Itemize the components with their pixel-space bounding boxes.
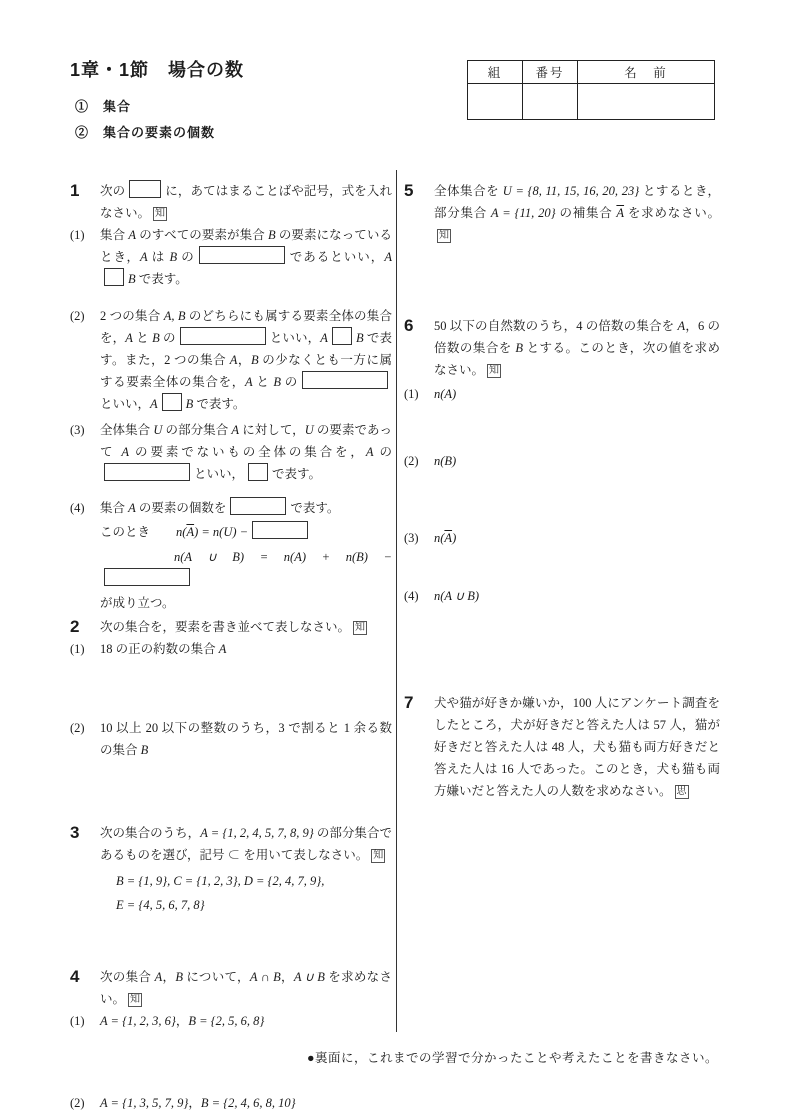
text-run: で表す。 xyxy=(136,272,188,286)
name-table: 組 番号 名 前 xyxy=(467,60,715,120)
text-run: 次の集合を，要素を書き並べて表しなさい。 xyxy=(100,620,350,634)
problem-item-row: (1)A = {1, 2, 3, 6}，B = {2, 5, 6, 8} xyxy=(70,1010,392,1032)
text-run: 18 の正の約数の集合 xyxy=(100,642,219,656)
problem-item-row: (2)2 つの集合 A, B のどちらにも属する要素全体の集合を，A と B の… xyxy=(70,305,392,415)
problem-row: 7犬や猫が好きか嫌いか，100 人にアンケート調査をしたところ，犬が好きだと答え… xyxy=(404,692,720,802)
problem-number: 7 xyxy=(404,692,434,713)
name-input-cell[interactable] xyxy=(578,84,715,120)
math-run: A xyxy=(128,228,136,242)
math-run: B = {2, 4, 6, 8, 10} xyxy=(201,1096,296,1110)
answer-box[interactable] xyxy=(302,371,388,389)
math-run: A xyxy=(219,642,227,656)
row-content: が成り立つ。 xyxy=(100,592,392,614)
math-run: A ∪ B xyxy=(294,970,325,984)
problem-item-row: (4)n(A ∪ B) xyxy=(404,585,720,607)
item-label: (2) xyxy=(70,717,100,739)
row-content: n(A ∪ B) xyxy=(434,585,720,607)
row-content: 50 以下の自然数のうち，4 の倍数の集合を A，6 の倍数の集合を B とする… xyxy=(434,315,720,381)
answer-box[interactable] xyxy=(129,180,161,198)
row-content: 18 の正の約数の集合 A xyxy=(100,638,392,660)
math-run: A = {1, 2, 3, 6} xyxy=(100,1014,176,1028)
document-header: 1章・1節 場合の数 ① 集合 ② 集合の要素の個数 xyxy=(70,56,244,148)
column-left: 1次のに，あてはまることばや記号，式を入れなさい。知(1)集合 A のすべての要… xyxy=(70,180,392,1114)
row-content: B = {1, 9}, C = {1, 2, 3}, D = {2, 4, 7,… xyxy=(100,870,392,892)
answer-box[interactable] xyxy=(248,463,268,481)
math-run: n( xyxy=(434,531,444,545)
assessment-badge: 知 xyxy=(371,849,385,863)
item-label: (3) xyxy=(404,527,434,549)
worksheet-page: 1章・1節 場合の数 ① 集合 ② 集合の要素の個数 組 番号 名 前 1次のに… xyxy=(0,0,790,1118)
column-right: 5全体集合を U = {8, 11, 15, 16, 20, 23} とするとき… xyxy=(404,180,720,1114)
math-run: A = {11, 20} xyxy=(491,206,556,220)
assessment-badge: 知 xyxy=(437,229,451,243)
math-run: A xyxy=(128,501,136,515)
math-run: A ∩ B xyxy=(250,970,281,984)
answer-box[interactable] xyxy=(104,568,190,586)
answer-box[interactable] xyxy=(162,393,182,411)
math-overline-run: A xyxy=(186,525,194,539)
name-table-input-row xyxy=(468,84,715,120)
math-run: A = {1, 3, 5, 7, 9} xyxy=(100,1096,188,1110)
math-run: B xyxy=(268,228,276,242)
text-run: で表す。 xyxy=(290,501,339,515)
math-run: U xyxy=(305,423,314,437)
row-content: E = {4, 5, 6, 7, 8} xyxy=(100,894,392,916)
text-run: の xyxy=(160,331,176,345)
math-run: B = {1, 9}, C = {1, 2, 3}, D = {2, 4, 7,… xyxy=(116,874,324,888)
math-run: A xyxy=(140,250,148,264)
text-run: ， xyxy=(237,353,251,367)
row-content: 次のに，あてはまることばや記号，式を入れなさい。知 xyxy=(100,180,392,224)
answer-box[interactable] xyxy=(230,497,286,515)
row-content: 犬や猫が好きか嫌いか，100 人にアンケート調査をしたところ，犬が好きだと答えた… xyxy=(434,692,720,802)
problem-number: 5 xyxy=(404,180,434,201)
item-label: (4) xyxy=(70,497,100,519)
text-run: といい， xyxy=(270,331,321,345)
assessment-badge: 思 xyxy=(675,785,689,799)
row-content: A = {1, 2, 3, 6}，B = {2, 5, 6, 8} xyxy=(100,1010,392,1032)
name-header: 名 前 xyxy=(578,61,715,84)
text-run: ， xyxy=(162,970,175,984)
text-run: このとき xyxy=(100,525,150,539)
row-content: このときn(A) = n(U) − xyxy=(100,521,392,543)
text-run: のすべての要素が集合 xyxy=(136,228,268,242)
answer-box[interactable] xyxy=(252,521,308,539)
problem-row: 650 以下の自然数のうち，4 の倍数の集合を A，6 の倍数の集合を B とす… xyxy=(404,315,720,381)
row-content: 集合 A の要素の個数をで表す。 xyxy=(100,497,392,519)
problem-item-row: (3)全体集合 U の部分集合 A に対して，U の要素であって A の要素でな… xyxy=(70,419,392,485)
footer-note: ●裏面に，これまでの学習で分かったことや考えたことを書きなさい。 xyxy=(307,1048,718,1066)
math-run: B xyxy=(169,250,177,264)
number-input-cell[interactable] xyxy=(523,84,578,120)
math-run: A, B xyxy=(164,309,186,323)
text-run: が成り立つ。 xyxy=(100,596,175,610)
math-run: A xyxy=(150,397,158,411)
math-run: B xyxy=(515,341,523,355)
row-content: n(A ∪ B) = n(A) + n(B) − xyxy=(100,546,392,590)
math-run: A xyxy=(125,331,133,345)
row-content: n(B) xyxy=(434,450,720,472)
math-run: A = {1, 2, 4, 5, 7, 8, 9} xyxy=(200,826,314,840)
assessment-badge: 知 xyxy=(153,207,167,221)
text-run: 全体集合 xyxy=(100,423,153,437)
problem-item-row: (1)n(A) xyxy=(404,383,720,405)
row-content: 10 以上 20 以下の整数のうち，3 で割ると 1 余る数の集合 B xyxy=(100,717,392,761)
row-content: n(A) xyxy=(434,383,720,405)
math-run: A xyxy=(245,375,253,389)
math-run: B xyxy=(251,353,259,367)
text-run: の部分集合 xyxy=(162,423,231,437)
text-run: について， xyxy=(183,970,250,984)
math-run: B xyxy=(273,375,281,389)
text-run: の補集合 xyxy=(556,206,617,220)
math-run: B xyxy=(356,331,364,345)
assessment-badge: 知 xyxy=(128,993,142,1007)
math-run: A xyxy=(231,423,239,437)
text-run: の xyxy=(177,250,195,264)
text-run: ， xyxy=(281,970,294,984)
text-run: を求めなさい。 xyxy=(624,206,720,220)
item-label: (2) xyxy=(70,1092,100,1114)
class-input-cell[interactable] xyxy=(468,84,523,120)
math-run: n(A) xyxy=(434,387,456,401)
math-run: ) = n(U) − xyxy=(194,525,248,539)
math-run: n( xyxy=(176,525,186,539)
text-run: の xyxy=(281,375,298,389)
item-label: (4) xyxy=(404,585,434,607)
row-content: 集合 A のすべての要素が集合 B の要素になっているとき，A は B のである… xyxy=(100,224,392,290)
text-run: 50 以下の自然数のうち，4 の倍数の集合を xyxy=(434,319,678,333)
answer-box[interactable] xyxy=(104,463,190,481)
text-run: と xyxy=(133,331,152,345)
item-label: (1) xyxy=(70,224,100,246)
problem-item-row: E = {4, 5, 6, 7, 8} xyxy=(70,894,392,916)
text-run: 犬や猫が好きか嫌いか，100 人にアンケート調査をしたところ，犬が好きだと答えた… xyxy=(434,696,720,798)
problem-columns: 1次のに，あてはまることばや記号，式を入れなさい。知(1)集合 A のすべての要… xyxy=(70,180,720,1114)
text-run: と xyxy=(253,375,274,389)
name-table-header-row: 組 番号 名 前 xyxy=(468,61,715,84)
answer-box[interactable] xyxy=(180,327,266,345)
text-run: 次の集合のうち， xyxy=(100,826,200,840)
item-label: (1) xyxy=(404,383,434,405)
answer-box[interactable] xyxy=(199,246,285,264)
math-overline-run: A xyxy=(444,531,452,545)
math-run: n(A ∪ B) xyxy=(434,589,479,603)
problem-item-row: (2)n(B) xyxy=(404,450,720,472)
class-header: 組 xyxy=(468,61,523,84)
text-run: の要素でないもの全体の集合を， xyxy=(129,445,366,459)
row-content: 次の集合 A，B について，A ∩ B，A ∪ B を求めなさい。知 xyxy=(100,966,392,1010)
page-title: 1章・1節 場合の数 xyxy=(70,56,244,82)
item-label: (2) xyxy=(404,450,434,472)
problem-row: 5全体集合を U = {8, 11, 15, 16, 20, 23} とするとき… xyxy=(404,180,720,246)
math-run: B xyxy=(175,970,183,984)
item-label: (3) xyxy=(70,419,100,441)
math-run: B xyxy=(152,331,160,345)
problem-item-row: が成り立つ。 xyxy=(70,592,392,614)
text-run: 集合 xyxy=(100,228,128,242)
text-run: 集合 xyxy=(100,501,128,515)
problem-row: 3次の集合のうち，A = {1, 2, 4, 5, 7, 8, 9} の部分集合… xyxy=(70,822,392,866)
math-run: A xyxy=(320,331,328,345)
problem-item-row: (1)集合 A のすべての要素が集合 B の要素になっているとき，A は B の… xyxy=(70,224,392,290)
row-content: 次の集合を，要素を書き並べて表しなさい。知 xyxy=(100,616,392,638)
row-content: 2 つの集合 A, B のどちらにも属する要素全体の集合を，A と B のといい… xyxy=(100,305,392,415)
row-content: 次の集合のうち，A = {1, 2, 4, 5, 7, 8, 9} の部分集合で… xyxy=(100,822,392,866)
math-run: U = {8, 11, 15, 16, 20, 23} xyxy=(503,184,639,198)
text-run: で表す。 xyxy=(193,397,245,411)
text-run: に対して， xyxy=(239,423,305,437)
number-header: 番号 xyxy=(523,61,578,84)
math-run: n(B) xyxy=(434,454,456,468)
math-overline-run: A xyxy=(616,206,624,220)
problem-number: 4 xyxy=(70,966,100,987)
text-run: 次の集合 xyxy=(100,970,155,984)
problem-item-row: (1)18 の正の約数の集合 A xyxy=(70,638,392,660)
row-content: 全体集合を U = {8, 11, 15, 16, 20, 23} とするとき，… xyxy=(434,180,720,246)
assessment-badge: 知 xyxy=(487,364,501,378)
problem-number: 2 xyxy=(70,616,100,637)
text-run: 2 つの集合 xyxy=(100,309,164,323)
text-run: 次の xyxy=(100,184,125,198)
item-label: (1) xyxy=(70,1010,100,1032)
text-run: は xyxy=(148,250,170,264)
problem-item-row: (2)A = {1, 3, 5, 7, 9}，B = {2, 4, 6, 8, … xyxy=(70,1092,392,1114)
problem-item-row: (2)10 以上 20 以下の整数のうち，3 で割ると 1 余る数の集合 B xyxy=(70,717,392,761)
text-run: の要素の個数を xyxy=(136,501,227,515)
section-item-2: ② 集合の要素の個数 xyxy=(75,122,244,141)
row-content: A = {1, 3, 5, 7, 9}，B = {2, 4, 6, 8, 10} xyxy=(100,1092,392,1114)
text-run: ， xyxy=(176,1014,189,1028)
answer-box[interactable] xyxy=(104,268,124,286)
text-run: ， xyxy=(188,1096,201,1110)
problem-item-row: (4)集合 A の要素の個数をで表す。 xyxy=(70,497,392,519)
problem-row: 4次の集合 A，B について，A ∩ B，A ∪ B を求めなさい。知 xyxy=(70,966,392,1010)
item-label: (1) xyxy=(70,638,100,660)
text-run: であるといい， xyxy=(289,250,385,264)
section-item-1: ① 集合 xyxy=(75,96,244,115)
problem-row: 1次のに，あてはまることばや記号，式を入れなさい。知 xyxy=(70,180,392,224)
math-run: B = {2, 5, 6, 8} xyxy=(188,1014,264,1028)
answer-box[interactable] xyxy=(332,327,352,345)
problem-item-row: n(A ∪ B) = n(A) + n(B) − xyxy=(70,546,392,590)
text-run: といい， xyxy=(194,467,244,481)
math-run: A xyxy=(121,445,129,459)
problem-row: 2次の集合を，要素を書き並べて表しなさい。知 xyxy=(70,616,392,638)
row-content: 全体集合 U の部分集合 A に対して，U の要素であって A の要素でないもの… xyxy=(100,419,392,485)
math-run: E = {4, 5, 6, 7, 8} xyxy=(116,898,205,912)
math-run: B xyxy=(141,743,149,757)
problem-item-row: このときn(A) = n(U) − xyxy=(70,521,392,543)
math-run: B xyxy=(128,272,136,286)
row-content: n(A) xyxy=(434,527,720,549)
problem-number: 6 xyxy=(404,315,434,336)
problem-number: 1 xyxy=(70,180,100,201)
text-run: といい， xyxy=(100,397,150,411)
assessment-badge: 知 xyxy=(353,621,367,635)
math-run: n(A ∪ B) = n(A) + n(B) − xyxy=(174,550,392,564)
item-label: (2) xyxy=(70,305,100,327)
math-run: A xyxy=(384,250,392,264)
text-run: 全体集合を xyxy=(434,184,503,198)
text-run: の xyxy=(373,445,392,459)
problem-item-row: (3)n(A) xyxy=(404,527,720,549)
math-run: ) xyxy=(452,531,456,545)
problem-number: 3 xyxy=(70,822,100,843)
text-run: で表す。 xyxy=(272,467,321,481)
problem-item-row: B = {1, 9}, C = {1, 2, 3}, D = {2, 4, 7,… xyxy=(70,870,392,892)
